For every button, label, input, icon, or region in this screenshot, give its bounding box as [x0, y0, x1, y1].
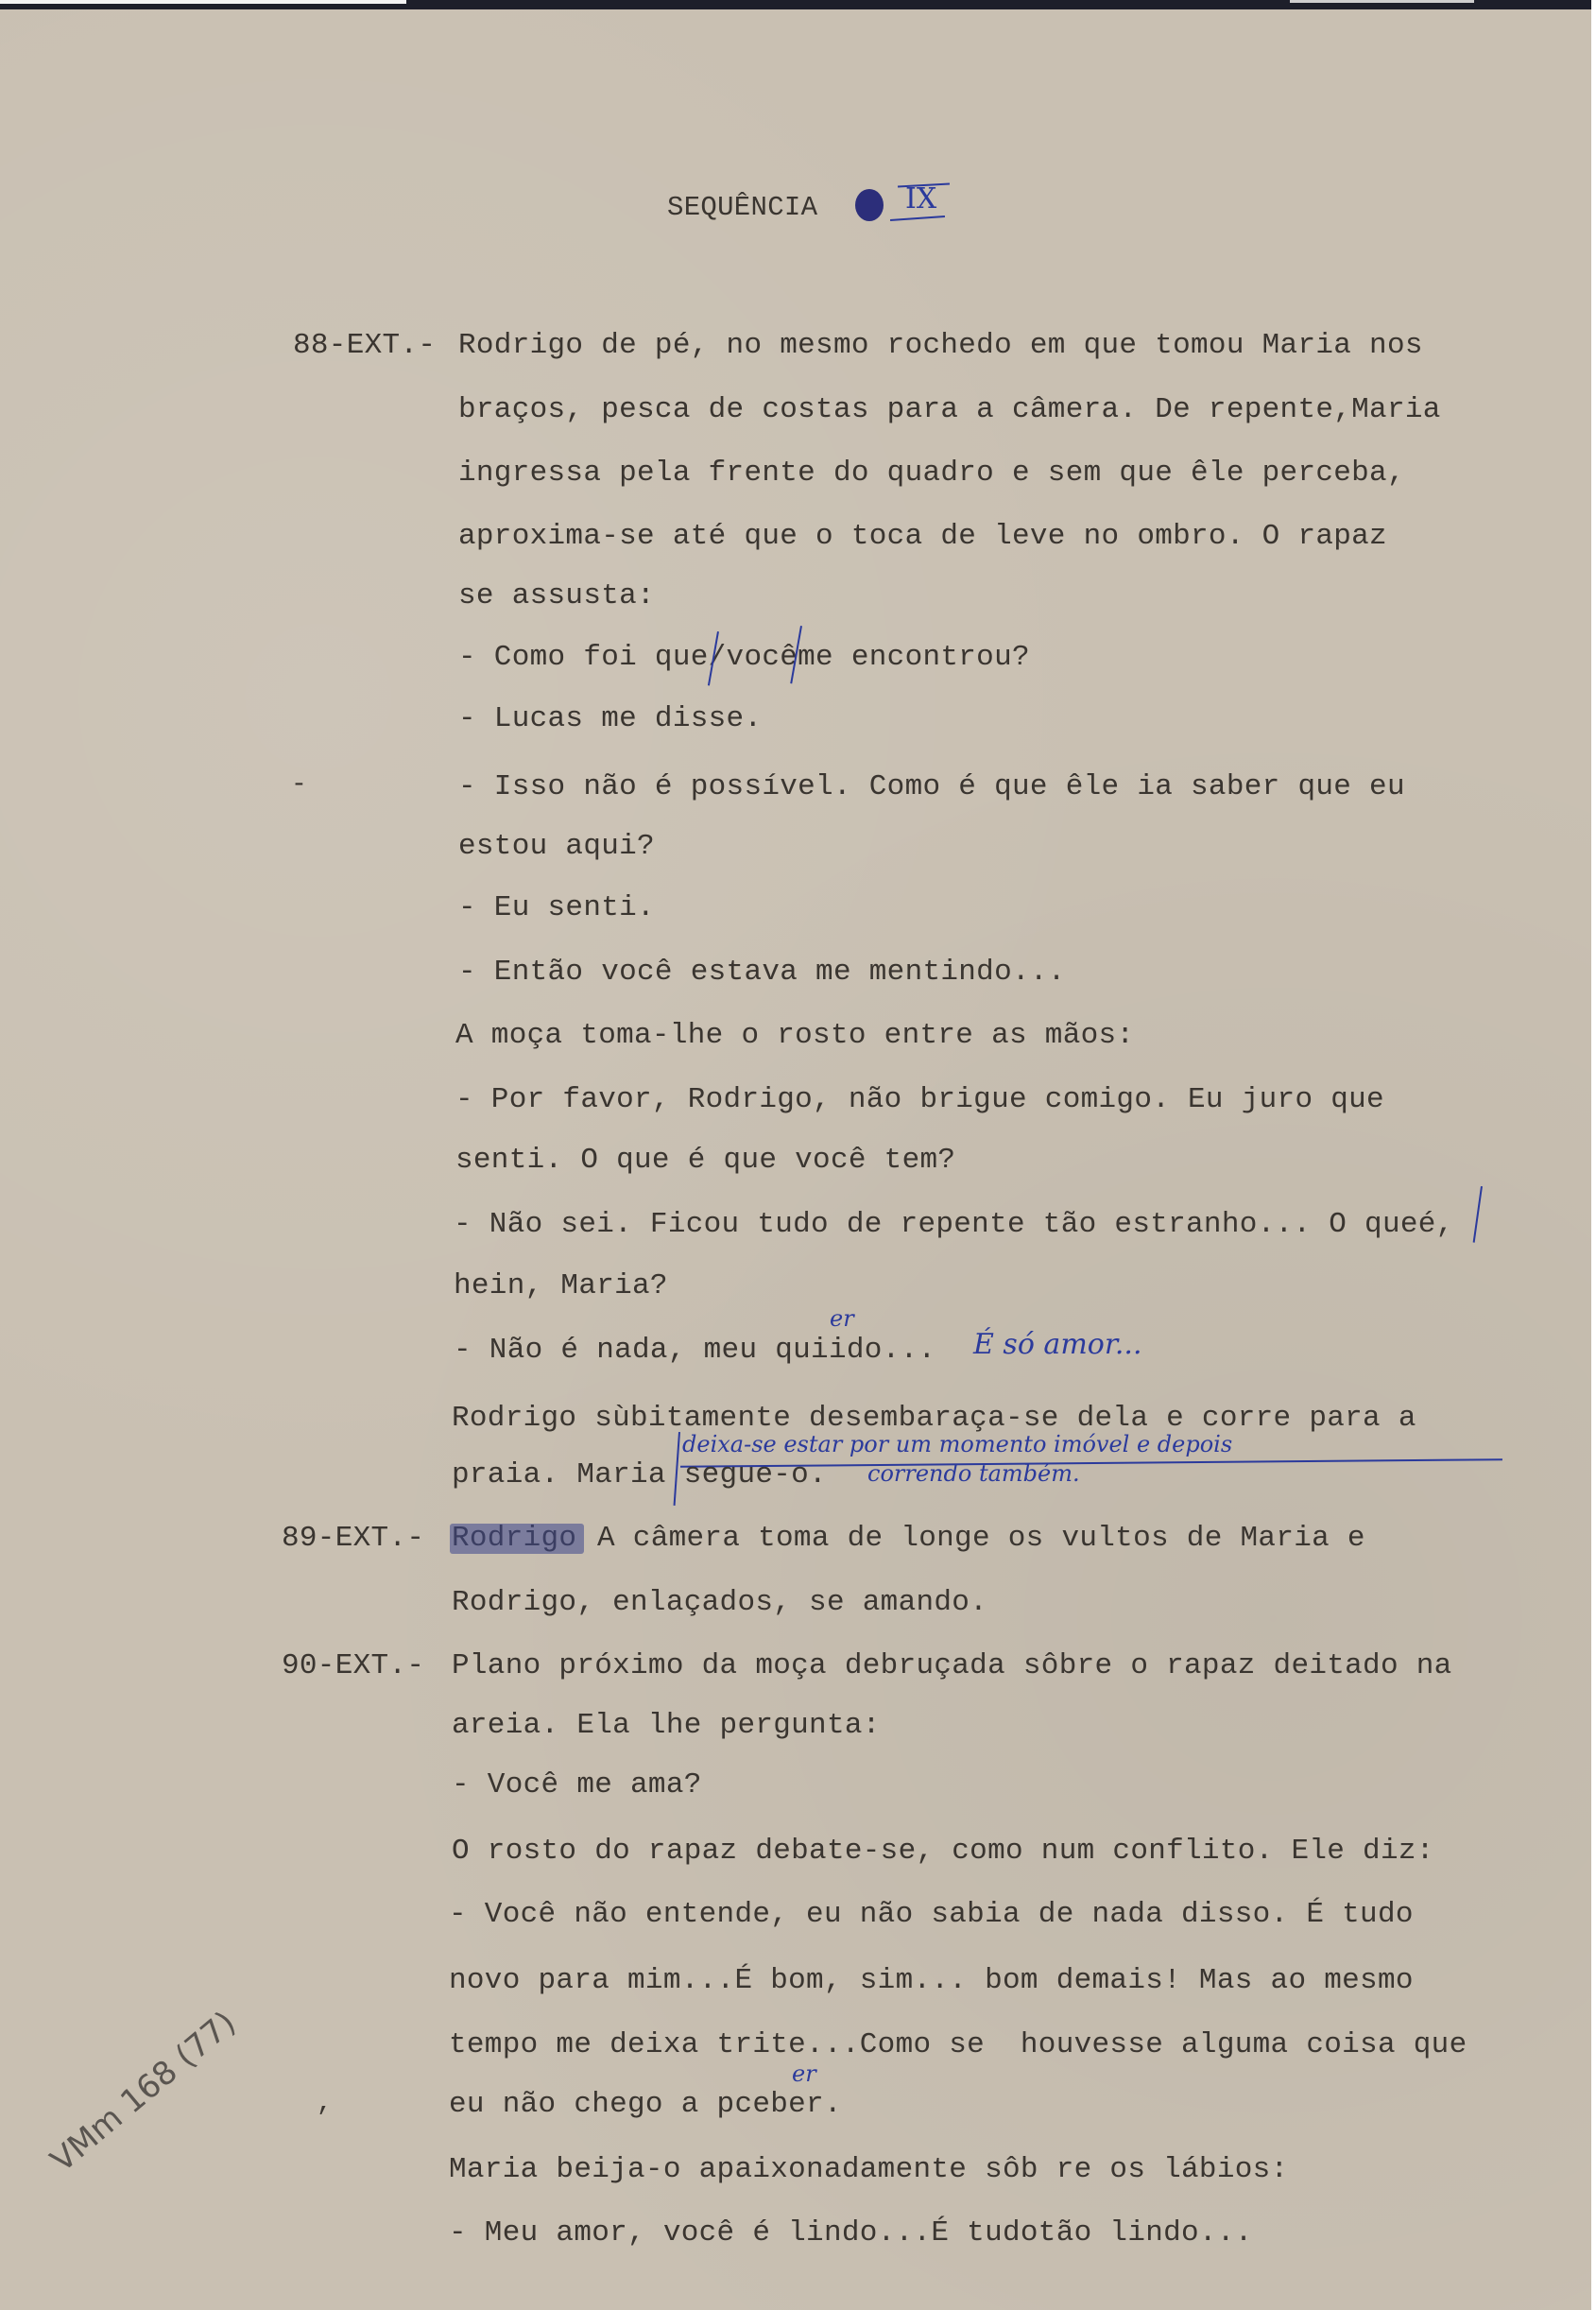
action-line: Rodrigo sùbitamente desembaraça-se dela …	[452, 1404, 1416, 1433]
dialogue-line: senti. O que é que você tem?	[455, 1146, 955, 1175]
margin-dash: -	[291, 770, 307, 800]
dialogue-line: - Por favor, Rodrigo, não brigue comigo.…	[455, 1085, 1384, 1114]
dialogue-line: novo para mim...É bom, sim... bom demais…	[449, 1966, 1414, 1995]
dialogue-line: hein, Maria?	[454, 1271, 668, 1301]
handwritten-addition: correndo também.	[867, 1462, 1080, 1485]
ink-blot-mark	[855, 189, 884, 221]
handwritten-insert: deixa-se estar por um momento imóvel e d…	[682, 1433, 1232, 1456]
scene-label-90: 90-EXT.-	[282, 1651, 424, 1681]
action-line: O rosto do rapaz debate-se, como num con…	[452, 1836, 1434, 1866]
dialogue-line: - Você não entende, eu não sabia de nada…	[449, 1900, 1414, 1929]
scene-88-line-3: ingressa pela frente do quadro e sem que…	[458, 458, 1405, 488]
strike-through-blot	[450, 1524, 584, 1554]
dialogue-line: - Meu amor, você é lindo...É tudotão lin…	[449, 2218, 1253, 2248]
handwritten-insert: er	[792, 2062, 816, 2085]
scan-edge-highlight	[0, 0, 406, 4]
scene-88-line-1: Rodrigo de pé, no mesmo rochedo em que t…	[458, 331, 1423, 360]
dialogue-line: - Isso não é possível. Como é que êle ia…	[458, 772, 1405, 802]
scene-90-line-2: areia. Ela lhe pergunta:	[452, 1711, 881, 1740]
dialogue-line: - Como foi que/vocême encontrou?	[458, 643, 1030, 672]
handwritten-insert: er	[830, 1307, 854, 1330]
dialogue-line: estou aqui?	[458, 832, 655, 861]
scene-90-line-1: Plano próximo da moça debruçada sôbre o …	[452, 1651, 1452, 1681]
dialogue-line: - Você me ama?	[452, 1770, 702, 1800]
scan-edge-highlight	[1290, 0, 1474, 3]
action-line: A moça toma-lhe o rosto entre as mãos:	[455, 1021, 1134, 1050]
dialogue-line: eu não chego a pceber.	[449, 2090, 842, 2119]
dialogue-line: - Então você estava me mentindo...	[458, 957, 1066, 987]
dialogue-line: - Lucas me disse.	[458, 704, 762, 733]
scene-label-88: 88-EXT.-	[293, 331, 436, 360]
scan-right-edge	[1591, 0, 1596, 2310]
scene-88-line-5: se assusta:	[458, 581, 655, 611]
scene-89-line-2: Rodrigo, enlaçados, se amando.	[452, 1588, 987, 1617]
dialogue-line: tempo me deixa trite...Como se houvesse …	[449, 2030, 1467, 2060]
action-line: praia. Maria segue-o.	[452, 1460, 827, 1490]
sequence-number-annotation: IX	[905, 185, 936, 214]
dialogue-line: - Eu senti.	[458, 893, 655, 922]
dialogue-line: - Não sei. Ficou tudo de repente tão est…	[454, 1210, 1454, 1239]
sequence-heading: SEQUÊNCIA	[667, 194, 817, 221]
scene-88-line-2: braços, pesca de costas para a câmera. D…	[458, 395, 1441, 424]
handwritten-addition: É só amor...	[973, 1331, 1141, 1359]
scene-88-line-4: aproxima-se até que o toca de leve no om…	[458, 522, 1387, 551]
action-line: Maria beija-o apaixonadamente sôb re os …	[449, 2155, 1288, 2184]
dialogue-line: - Não é nada, meu quiido...	[454, 1336, 935, 1365]
margin-tick: ,	[317, 2089, 333, 2118]
scene-89-line-1: A câmera toma de longe os vultos de Mari…	[597, 1524, 1365, 1553]
scene-label-89: 89-EXT.-	[282, 1524, 424, 1553]
